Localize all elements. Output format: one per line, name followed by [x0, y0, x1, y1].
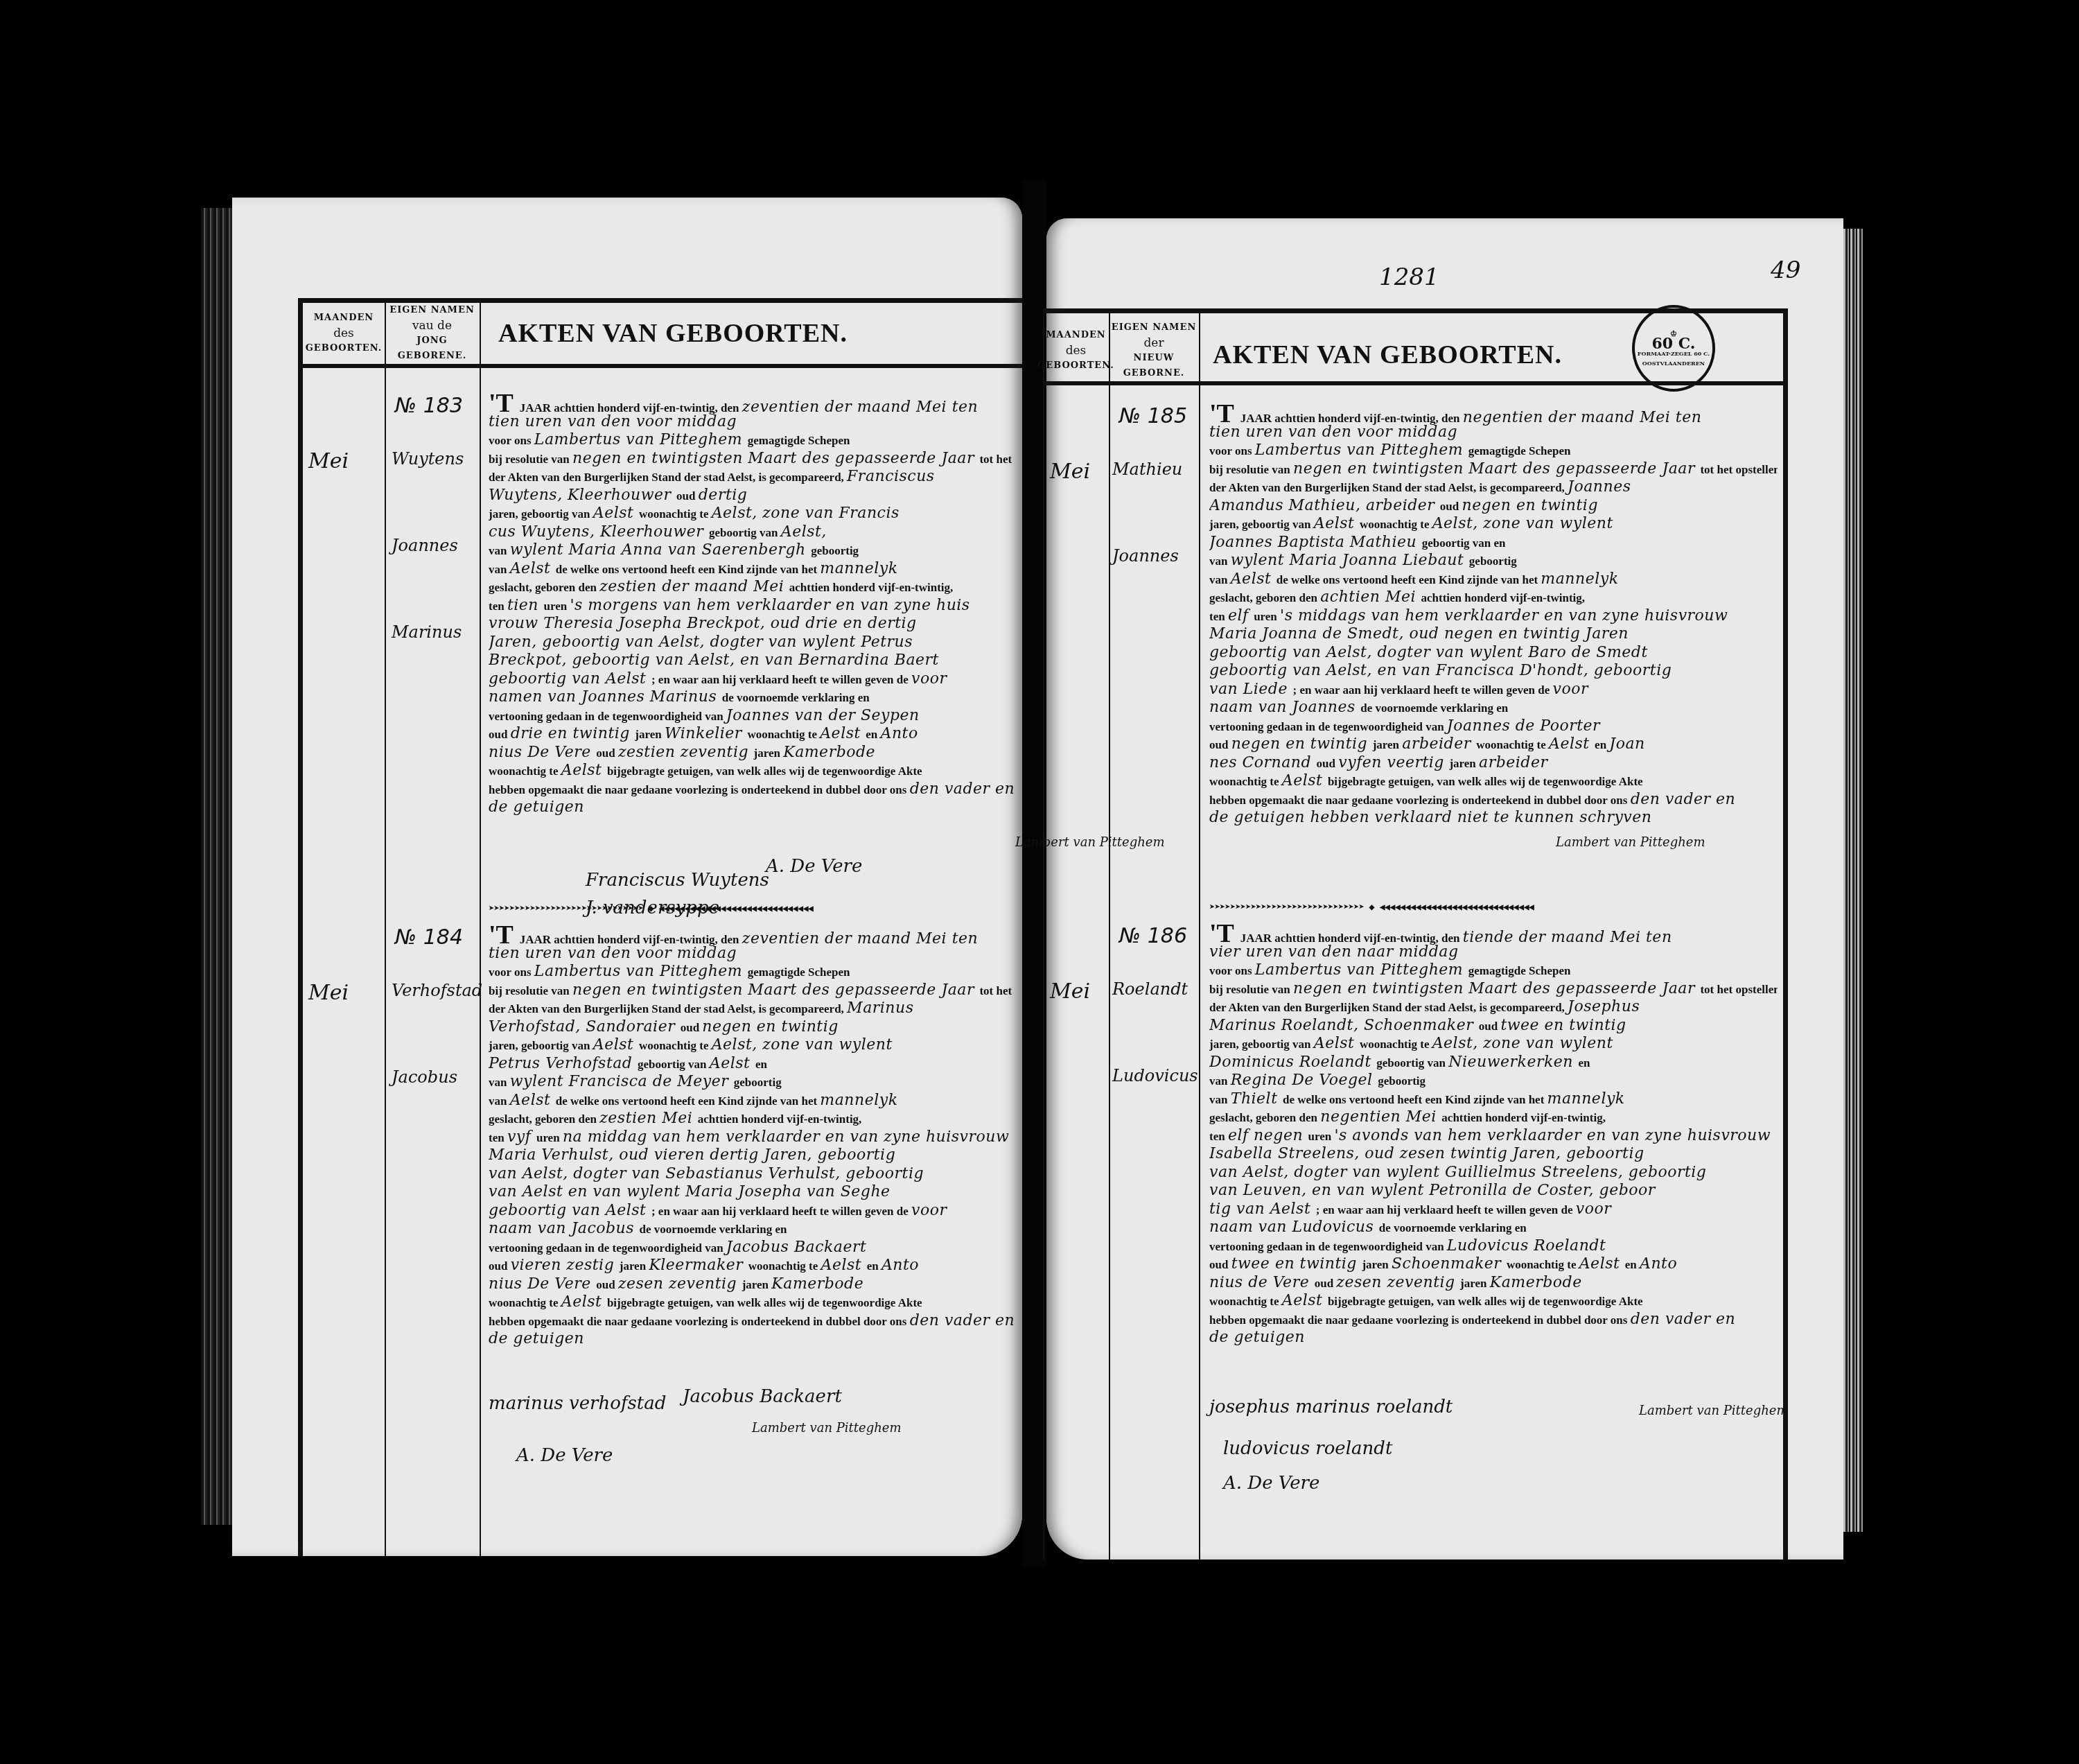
- handwritten-text: mannelyk: [820, 560, 897, 577]
- printed-text: der Akten van den Burgerlijken Stand der…: [489, 1002, 847, 1015]
- left_page-child-name: Marinus: [392, 622, 462, 642]
- printed-text: oud: [1479, 1020, 1501, 1033]
- left_page-entry-line: vertooning gedaan in de tegenwoordigheid…: [489, 1238, 1015, 1258]
- right-page-edges: [1843, 229, 1863, 1532]
- printed-text: woonachtig te: [489, 1296, 561, 1309]
- left-page-edges: [201, 208, 232, 1525]
- handwritten-text: twee en twintig: [1231, 1255, 1362, 1273]
- printed-text: woonachtig te: [1360, 518, 1432, 531]
- printed-text: vertooning gedaan in de tegenwoordigheid…: [1209, 720, 1447, 733]
- left_page-entry-line: de getuigen: [489, 1329, 1015, 1350]
- right_page-entry-line: Maria Joanna de Smedt, oud negen en twin…: [1209, 625, 1778, 645]
- printed-text: bij resolutie van: [489, 453, 572, 466]
- handwritten-text: Aelst: [710, 1055, 755, 1072]
- left_page-entry-line: der Akten van den Burgerlijken Stand der…: [489, 467, 1015, 487]
- right_page-entry-line: van Regina De Voegel geboortig: [1209, 1071, 1778, 1091]
- printed-text: uren: [1254, 610, 1280, 623]
- handwritten-text: naam van Jacobus: [489, 1220, 640, 1237]
- printed-text: der Akten van den Burgerlijken Stand der…: [1209, 1001, 1568, 1014]
- handwritten-text: voor: [1576, 1200, 1611, 1218]
- handwritten-text: naam van Joannes: [1209, 699, 1360, 716]
- handwritten-text: de getuigen: [489, 798, 584, 816]
- handwritten-text: Jaren, geboortig van Aelst, dogter van w…: [489, 634, 913, 651]
- left_page-entry-line: van Aelst de welke ons vertoond heeft ee…: [489, 1091, 1015, 1111]
- handwritten-text: Kleermaker: [649, 1257, 748, 1274]
- right_page-entry-line: voor ons Lambertus van Pitteghem gemagti…: [1209, 961, 1778, 981]
- right_page-entry-line: van wylent Maria Joanna Liebaut geboorti…: [1209, 551, 1778, 571]
- printed-text: en: [1494, 536, 1506, 550]
- left_page-entry-line: geboortig van Aelst ; en waar aan hij ve…: [489, 1201, 1015, 1221]
- handwritten-text: Aelst: [1314, 515, 1360, 532]
- left_page-entry-line: hebben opgemaakt die naar gedaane voorle…: [489, 1311, 1015, 1331]
- printed-text: oud: [596, 1278, 618, 1291]
- printed-text: jaren: [1449, 757, 1479, 770]
- printed-text: tot het opstellen: [1700, 983, 1778, 996]
- handwritten-text: Aelst: [1549, 735, 1595, 753]
- handwritten-text: Lambertus van Pitteghem: [534, 431, 748, 448]
- handwritten-text: zestien zeventig: [618, 744, 754, 761]
- left_page-entry-month: Mei: [308, 449, 349, 473]
- handwritten-text: Amandus Mathieu, arbeider: [1209, 497, 1440, 514]
- printed-text: van: [489, 1076, 510, 1089]
- left_page-entry-line: van Aelst en van wylent Maria Josepha va…: [489, 1182, 1015, 1203]
- handwritten-text: van Aelst, dogter van Sebastianus Verhul…: [489, 1165, 924, 1182]
- printed-text: jaren, geboortig van: [1209, 1038, 1314, 1051]
- left_page-signature: marinus verhofstad: [489, 1393, 666, 1414]
- left-col-divider-2: [480, 303, 481, 1556]
- handwritten-text: wylent Maria Joanna Liebaut: [1231, 552, 1469, 569]
- handwritten-text: voor: [911, 670, 947, 688]
- handwritten-text: tien uren van den voor middag: [1209, 423, 1457, 441]
- handwritten-text: Aelst: [510, 560, 556, 577]
- handwritten-text: de getuigen: [489, 1330, 584, 1347]
- handwritten-text: vieren zestig: [511, 1257, 620, 1274]
- right_page-signature: ludovicus roelandt: [1223, 1438, 1392, 1459]
- printed-text: uren: [543, 600, 570, 613]
- handwritten-text: nius De Vere: [489, 1275, 596, 1293]
- right-header-months: MAANDEN des GEBOORTEN.: [1043, 320, 1109, 381]
- left_page-entry-line: der Akten van den Burgerlijken Stand der…: [489, 999, 1015, 1019]
- right_page-entry-line: jaren, geboortig van Aelst woonachtig te…: [1209, 514, 1778, 534]
- printed-text: oud: [676, 489, 699, 503]
- handwritten-text: cus Wuytens, Kleerhouwer: [489, 523, 709, 541]
- printed-text: oud: [489, 1259, 511, 1273]
- printed-text: tot het opstellen: [979, 984, 1015, 997]
- page-number: 49: [1771, 256, 1800, 284]
- left_page-entry-line: van wylent Francisca de Meyer geboortig: [489, 1072, 1015, 1092]
- printed-text: en: [1625, 1258, 1640, 1271]
- handwritten-text: Aelst: [510, 1092, 556, 1109]
- right_page-entry-line: Marinus Roelandt, Schoenmaker oud twee e…: [1209, 1016, 1778, 1036]
- right_page-entry-line: van Leuven, en van wylent Petronilla de …: [1209, 1181, 1778, 1201]
- right_page-entry-line: van Liede ; en waar aan hij verklaard he…: [1209, 680, 1778, 700]
- printed-text: van: [1209, 1074, 1231, 1088]
- right-col-divider-0: [1043, 313, 1044, 1560]
- handwritten-text: Breckpot, geboortig van Aelst, en van Be…: [489, 652, 939, 669]
- printed-text: geboortig van: [638, 1058, 710, 1071]
- printed-text: jaren: [754, 746, 784, 760]
- printed-text: en: [755, 1058, 767, 1071]
- left-header-names: EIGEN NAMEN vau de JONG GEBORENE.: [385, 303, 480, 364]
- printed-text: de welke ons vertoond heeft een Kind zij…: [1283, 1093, 1547, 1106]
- handwritten-text: Nieuwerkerken: [1448, 1054, 1578, 1071]
- handwritten-text: negen en twintig: [1462, 497, 1598, 514]
- handwritten-text: vier uren van den naar middag: [1209, 943, 1459, 961]
- printed-text: woonachtig te: [1209, 1295, 1282, 1308]
- printed-text: van: [1209, 1093, 1231, 1106]
- printed-text: en: [866, 728, 880, 741]
- handwritten-text: Marinus: [847, 999, 913, 1017]
- right_page-entry-line: naam van Ludovicus de voornoemde verklar…: [1209, 1218, 1778, 1238]
- left_page-entry-line: nius De Vere oud zesen zeventig jaren Ka…: [489, 1275, 1015, 1295]
- handwritten-text: Thielt: [1231, 1090, 1283, 1108]
- printed-text: geslacht, geboren den: [489, 1112, 599, 1126]
- handwritten-text: Aelst: [593, 505, 639, 522]
- right_page-entry-line: tien uren van den voor middag: [1209, 423, 1778, 443]
- left_page-signature: A. De Vere: [516, 1445, 613, 1466]
- printed-text: bij resolutie van: [489, 984, 572, 997]
- printed-text: de voornoemde verklaring en: [640, 1223, 787, 1236]
- right_page-entry-line: bij resolutie van negen en twintigsten M…: [1209, 979, 1778, 999]
- right_page-signature: josephus marinus roelandt: [1209, 1397, 1453, 1417]
- handwritten-text: Anto: [881, 1257, 919, 1274]
- printed-text: woonachtig te: [639, 1039, 712, 1052]
- printed-text: van: [489, 563, 510, 576]
- left_page-entry-line: Breckpot, geboortig van Aelst, en van Be…: [489, 651, 1015, 671]
- printed-text: voor ons: [1209, 444, 1255, 457]
- left_page-child-name: Wuytens: [392, 449, 464, 469]
- handwritten-text: zestien Mei: [599, 1110, 698, 1127]
- printed-text: oud: [1440, 500, 1462, 513]
- printed-text: de voornoemde verklaring en: [1379, 1221, 1527, 1234]
- handwritten-text: negen en twintigsten Maart des gepasseer…: [1293, 980, 1700, 997]
- handwritten-text: Schoenmaker: [1392, 1255, 1507, 1273]
- handwritten-text: Aelst: [593, 1036, 639, 1054]
- printed-text: gemagtigde Schepen: [748, 966, 850, 979]
- handwritten-text: Aelst: [1282, 772, 1328, 789]
- printed-text: jaren, geboortig van: [1209, 518, 1314, 531]
- handwritten-text: Josephus: [1568, 998, 1640, 1015]
- handwritten-text: Aelst, zone van Francis: [712, 505, 900, 522]
- printed-text: gemagtigde Schepen: [1468, 964, 1571, 977]
- right_page-entry-line: bij resolutie van negen en twintigsten M…: [1209, 460, 1778, 480]
- right_page-entry-line: voor ons Lambertus van Pitteghem gemagti…: [1209, 441, 1778, 461]
- printed-text: de welke ons vertoond heeft een Kind zij…: [556, 563, 821, 576]
- right_page-entry-line: der Akten van den Burgerlijken Stand der…: [1209, 997, 1778, 1018]
- printed-text: achttien honderd vijf-en-twintig,: [789, 581, 954, 594]
- printed-text: bijgebragte getuigen, van welk alles wij…: [607, 1296, 922, 1309]
- printed-text: bij resolutie van: [1209, 983, 1293, 996]
- handwritten-text: naam van Ludovicus: [1209, 1219, 1379, 1236]
- right_page-entry-number: № 185: [1119, 404, 1187, 428]
- handwritten-text: Kamerbode: [1490, 1274, 1582, 1291]
- handwritten-text: voor: [1553, 681, 1588, 698]
- printed-text: jaren, geboortig van: [489, 507, 593, 521]
- handwritten-text: Aelst: [821, 1257, 867, 1274]
- left_page-entry-line: ten tien uren 's morgens van hem verklaa…: [489, 596, 1015, 616]
- right-col-divider-2: [1199, 313, 1200, 1560]
- printed-text: woonachtig te: [1209, 775, 1282, 788]
- handwritten-text: wylent Francisca de Meyer: [510, 1073, 734, 1090]
- left_page-entry-line: Verhofstad, Sandoraier oud negen en twin…: [489, 1018, 1015, 1038]
- left_page-signature: A. De Vere: [766, 856, 862, 877]
- handwritten-text: negen en twintigsten Maart des gepasseer…: [572, 450, 979, 467]
- handwritten-text: Regina De Voegel: [1231, 1072, 1378, 1089]
- handwritten-text: namen van Joannes Marinus: [489, 688, 722, 706]
- right_page-signature: Lambert van Pitteghem: [1556, 835, 1705, 850]
- printed-text: oud: [1209, 1258, 1231, 1271]
- folio-number: 1281: [1379, 263, 1439, 291]
- handwritten-text: geboortig van Aelst: [489, 1202, 651, 1219]
- left_page-entry-line: woonachtig te Aelst bijgebragte getuigen…: [489, 761, 1015, 781]
- right_page-entry-line: oud twee en twintig jaren Schoenmaker wo…: [1209, 1255, 1778, 1275]
- printed-text: woonachtig te: [1476, 738, 1549, 751]
- handwritten-text: Aelst: [1579, 1255, 1625, 1273]
- printed-text: jaren: [1373, 738, 1403, 751]
- left_page-entry-line: vrouw Theresia Josepha Breckpot, oud dri…: [489, 614, 1015, 634]
- right_page-signature: Lambert van Pitteghem: [1639, 1404, 1789, 1418]
- handwritten-text: Aelst: [1231, 570, 1277, 588]
- handwritten-text: den vader en: [910, 1312, 1015, 1329]
- handwritten-text: Aelst, zone van wylent: [1432, 1035, 1613, 1052]
- handwritten-text: 's morgens van hem verklaarder en van zy…: [570, 597, 970, 614]
- left_page-entry-month: Mei: [308, 981, 349, 1005]
- tax-stamp-seal: ♔ 60 C. FORMAAT-ZEGEL 60 C. OOSTVLAANDER…: [1632, 305, 1715, 392]
- left_page-signature: Jacobus Backaert: [683, 1386, 842, 1407]
- printed-text: bij resolutie van: [1209, 463, 1293, 476]
- handwritten-text: van Aelst en van wylent Maria Josepha va…: [489, 1183, 891, 1200]
- handwritten-text: Joan: [1609, 735, 1644, 753]
- handwritten-text: Aelst: [820, 725, 866, 742]
- handwritten-text: nius De Vere: [489, 744, 596, 761]
- left_page-signature: Franciscus Wuytens: [586, 870, 769, 891]
- handwritten-text: drie en twintig: [511, 725, 635, 742]
- printed-text: hebben opgemaakt die naar gedaane voorle…: [489, 1315, 910, 1328]
- left_page-entry-line: woonachtig te Aelst bijgebragte getuigen…: [489, 1293, 1015, 1313]
- right_page-child-name: Joannes: [1112, 546, 1179, 566]
- right-page-title: AKTEN VAN GEBOORTEN.: [1213, 340, 1562, 370]
- right_page-entry-line: hebben opgemaakt die naar gedaane voorle…: [1209, 1310, 1778, 1330]
- printed-text: jaren: [635, 728, 665, 741]
- handwritten-text: van Aelst, dogter van wylent Guillielmus…: [1209, 1164, 1706, 1181]
- handwritten-text: geboortig van Aelst, dogter van wylent B…: [1209, 644, 1648, 661]
- left_page-child-name: Joannes: [392, 536, 458, 555]
- printed-text: en: [867, 1259, 881, 1273]
- handwritten-text: geboortig van Aelst: [489, 670, 651, 688]
- right_page-entry-line: van Aelst, dogter van wylent Guillielmus…: [1209, 1163, 1778, 1183]
- right_page-entry-line: jaren, geboortig van Aelst woonachtig te…: [1209, 1034, 1778, 1054]
- handwritten-text: Kamerbode: [771, 1275, 863, 1293]
- printed-text: jaren, geboortig van: [489, 1039, 593, 1052]
- printed-text: hebben opgemaakt die naar gedaane voorle…: [1209, 1313, 1631, 1327]
- handwritten-text: Aelst: [561, 762, 607, 779]
- handwritten-text: Marinus Roelandt, Schoenmaker: [1209, 1017, 1479, 1034]
- printed-text: woonachtig te: [1360, 1038, 1432, 1051]
- handwritten-text: Joannes de Poorter: [1447, 717, 1600, 735]
- handwritten-text: negen en twintigsten Maart des gepasseer…: [1293, 460, 1700, 478]
- handwritten-text: tig van Aelst: [1209, 1200, 1316, 1218]
- left_page-entry-line: oud vieren zestig jaren Kleermaker woona…: [489, 1256, 1015, 1276]
- printed-text: hebben opgemaakt die naar gedaane voorle…: [1209, 794, 1631, 807]
- handwritten-text: zestien der maand Mei: [599, 578, 789, 595]
- printed-text: ; en waar aan hij verklaard heeft te wil…: [651, 673, 911, 686]
- left_page-entry-line: voor ons Lambertus van Pitteghem gemagti…: [489, 430, 1015, 451]
- printed-text: woonachtig te: [489, 765, 561, 778]
- printed-text: en: [1578, 1056, 1590, 1069]
- right-header-names: EIGEN NAMEN der NIEUW GEBORNE.: [1109, 320, 1199, 381]
- printed-text: bijgebragte getuigen, van welk alles wij…: [1328, 1295, 1643, 1308]
- right_page-entry-line: naam van Joannes de voornoemde verklarin…: [1209, 698, 1778, 718]
- printed-text: vertooning gedaan in de tegenwoordigheid…: [1209, 1240, 1447, 1253]
- handwritten-text: negen en twintig: [702, 1018, 838, 1036]
- left_page-entry-line: jaren, geboortig van Aelst woonachtig te…: [489, 504, 1015, 524]
- handwritten-text: zesen zeventig: [1336, 1274, 1460, 1291]
- right_page-entry-line: hebben opgemaakt die naar gedaane voorle…: [1209, 790, 1778, 810]
- left_page-entry-line: oud drie en twintig jaren Winkelier woon…: [489, 724, 1015, 744]
- printed-text: tot het opstellen: [979, 453, 1015, 466]
- left_page-entry-line: ten vyf uren na middag van hem verklaard…: [489, 1128, 1015, 1148]
- left_page-entry-line: geslacht, geboren den zestien der maand …: [489, 577, 1015, 597]
- handwritten-text: 's avonds van hem verklaarder en van zyn…: [1335, 1127, 1771, 1144]
- printed-text: geboortig: [1469, 554, 1517, 568]
- right_page-signature: A. De Vere: [1223, 1473, 1319, 1494]
- right_page-child-name: Ludovicus: [1112, 1066, 1198, 1085]
- printed-text: geboortig van: [709, 526, 781, 539]
- handwritten-text: den vader en: [1631, 791, 1736, 808]
- printed-text: jaren: [1460, 1277, 1490, 1290]
- printed-text: vertooning gedaan in de tegenwoordigheid…: [489, 1241, 726, 1255]
- printed-text: ten: [489, 600, 507, 613]
- printed-text: oud: [681, 1021, 703, 1034]
- printed-text: ten: [489, 1131, 507, 1144]
- handwritten-text: Aelst: [561, 1293, 607, 1311]
- printed-text: der Akten van den Burgerlijken Stand der…: [489, 471, 847, 484]
- handwritten-text: geboortig van Aelst, en van Francisca D'…: [1209, 662, 1672, 679]
- handwritten-text: de getuigen: [1209, 1329, 1305, 1346]
- printed-text: gemagtigde Schepen: [748, 434, 850, 447]
- printed-text: bijgebragte getuigen, van welk alles wij…: [1328, 775, 1643, 788]
- printed-text: geslacht, geboren den: [1209, 591, 1320, 604]
- handwritten-text: nes Cornand: [1209, 754, 1317, 771]
- handwritten-text: Anto: [1640, 1255, 1677, 1273]
- handwritten-text: Isabella Streelens, oud zesen twintig Ja…: [1209, 1145, 1644, 1162]
- printed-text: voor ons: [489, 966, 534, 979]
- handwritten-text: Anto: [881, 725, 918, 742]
- printed-text: uren: [536, 1131, 563, 1144]
- right_page-entry-line: ten elf negen uren 's avonds van hem ver…: [1209, 1126, 1778, 1146]
- right_page-entry-line: ten elf uren 's middags van hem verklaar…: [1209, 606, 1778, 627]
- handwritten-text: Aelst: [1282, 1292, 1328, 1309]
- handwritten-text: negen en twintig: [1231, 735, 1373, 753]
- handwritten-text: 's middags van hem verklaarder en van zy…: [1280, 607, 1728, 625]
- printed-text: van: [1209, 573, 1231, 586]
- handwritten-text: vyfen veertig: [1338, 754, 1449, 771]
- handwritten-text: tien uren van den voor middag: [489, 945, 737, 962]
- left_page-entry-line: van Aelst, dogter van Sebastianus Verhul…: [489, 1164, 1015, 1185]
- right_page-entry-line: woonachtig te Aelst bijgebragte getuigen…: [1209, 771, 1778, 792]
- handwritten-text: Maria Verhulst, oud vieren dertig Jaren,…: [489, 1146, 895, 1164]
- right_page-entry-line: geboortig van Aelst, en van Francisca D'…: [1209, 661, 1778, 681]
- left_page-entry-line: hebben opgemaakt die naar gedaane voorle…: [489, 780, 1015, 800]
- printed-text: oud: [1209, 738, 1231, 751]
- printed-text: van: [489, 1094, 510, 1108]
- right_page-entry-line: vier uren van den naar middag: [1209, 943, 1778, 963]
- printed-text: woonachtig te: [639, 507, 712, 521]
- left_page-entry-line: vertooning gedaan in de tegenwoordigheid…: [489, 706, 1015, 726]
- right_page-entry-month: Mei: [1050, 460, 1090, 484]
- handwritten-text: Joannes van der Seypen: [726, 707, 920, 724]
- handwritten-text: Jacobus Backaert: [726, 1239, 866, 1256]
- printed-text: voor ons: [1209, 964, 1255, 977]
- handwritten-text: negen en twintigsten Maart des gepasseer…: [572, 981, 979, 999]
- handwritten-text: na middag van hem verklaarder en van zyn…: [563, 1128, 1009, 1146]
- printed-text: bijgebragte getuigen, van welk alles wij…: [607, 765, 922, 778]
- printed-text: woonachtig te: [747, 728, 820, 741]
- handwritten-text: Wuytens, Kleerhouwer: [489, 487, 676, 504]
- handwritten-text: achtien Mei: [1320, 588, 1421, 606]
- printed-text: van: [1209, 554, 1231, 568]
- right_page-entry-line: vertooning gedaan in de tegenwoordigheid…: [1209, 717, 1778, 737]
- handwritten-text: dertig: [699, 487, 748, 504]
- handwritten-text: arbeider: [1479, 754, 1547, 771]
- right_page-entry-line: nes Cornand oud vyfen veertig jaren arbe…: [1209, 753, 1778, 774]
- handwritten-text: voor: [911, 1202, 947, 1219]
- right_page-entry-line: de getuigen: [1209, 1328, 1778, 1348]
- printed-text: voor ons: [489, 434, 534, 447]
- printed-text: oud: [489, 728, 511, 741]
- handwritten-text: Lambertus van Pitteghem: [534, 963, 748, 980]
- printed-text: en: [1595, 738, 1609, 751]
- printed-text: hebben opgemaakt die naar gedaane voorle…: [489, 783, 910, 796]
- printed-text: jaren: [1362, 1258, 1392, 1271]
- left-header-months: MAANDEN des GEBOORTEN.: [303, 303, 385, 364]
- handwritten-text: vrouw Theresia Josepha Breckpot, oud dri…: [489, 615, 917, 632]
- handwritten-text: elf: [1228, 607, 1254, 625]
- printed-text: achttien honderd vijf-en-twintig,: [1441, 1111, 1606, 1124]
- right_page-entry-line: Joannes Baptista Mathieu geboortig van e…: [1209, 533, 1778, 553]
- left_page-entry-line: Petrus Verhofstad geboortig van Aelst en: [489, 1054, 1015, 1074]
- printed-text: oud: [596, 746, 618, 760]
- printed-text: van: [489, 544, 510, 557]
- handwritten-text: van Leuven, en van wylent Petronilla de …: [1209, 1182, 1656, 1199]
- left_page-entry-line: Maria Verhulst, oud vieren dertig Jaren,…: [489, 1146, 1015, 1166]
- right_page-entry-line: van Thielt de welke ons vertoond heeft e…: [1209, 1090, 1778, 1110]
- printed-text: geboortig van: [1376, 1056, 1448, 1069]
- handwritten-text: negentien Mei: [1320, 1108, 1441, 1126]
- handwritten-text: mannelyk: [1547, 1090, 1625, 1108]
- left_page-entry-line: nius De Vere oud zestien zeventig jaren …: [489, 743, 1015, 763]
- handwritten-text: wylent Maria Anna van Saerenbergh: [510, 541, 811, 559]
- right_page-child-name: Roelandt: [1112, 979, 1188, 999]
- printed-text: ten: [1209, 610, 1228, 623]
- handwritten-text: Kamerbode: [783, 744, 875, 761]
- printed-text: oud: [1317, 757, 1339, 770]
- printed-text: uren: [1308, 1130, 1335, 1143]
- left_page-entry-line: Jaren, geboortig van Aelst, dogter van w…: [489, 633, 1015, 653]
- printed-text: de welke ons vertoond heeft een Kind zij…: [1277, 573, 1541, 586]
- printed-text: ten: [1209, 1130, 1228, 1143]
- printed-text: de voornoemde verklaring en: [1360, 701, 1508, 715]
- left_page-entry-line: jaren, geboortig van Aelst woonachtig te…: [489, 1036, 1015, 1056]
- handwritten-text: Lambertus van Pitteghem: [1255, 961, 1468, 979]
- handwritten-text: Winkelier: [665, 725, 747, 742]
- left_page-entry-line: voor ons Lambertus van Pitteghem gemagti…: [489, 962, 1015, 982]
- printed-text: geboortig: [811, 544, 859, 557]
- printed-text: geboortig: [734, 1076, 782, 1089]
- right_page-entry-month: Mei: [1050, 979, 1090, 1004]
- handwritten-text: Verhofstad, Sandoraier: [489, 1018, 681, 1036]
- right_page-entry-line: de getuigen hebben verklaard niet te kun…: [1209, 808, 1778, 828]
